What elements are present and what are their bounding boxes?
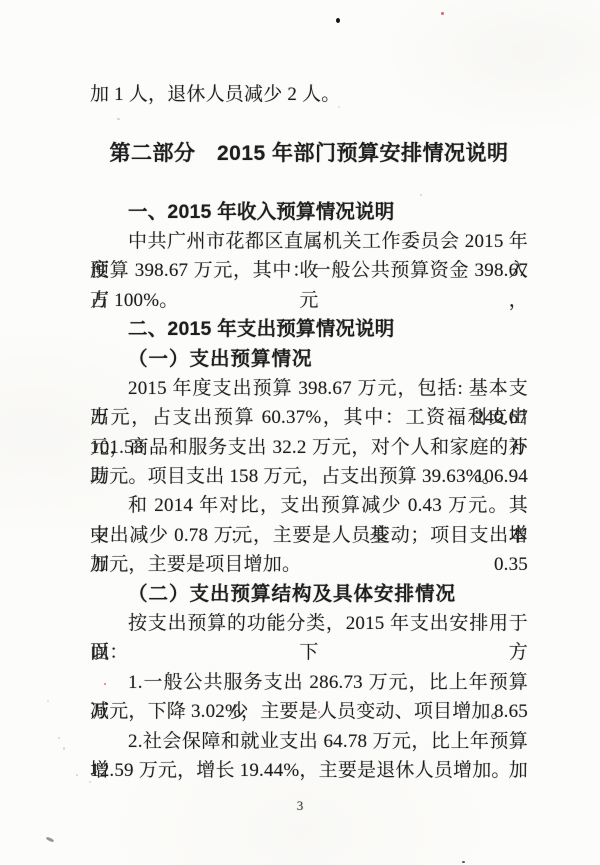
body-line: 万元，下降 3.02%，主要是人员变动、项目增加。	[90, 697, 528, 726]
continuation-line: 加 1 人，退休人员减少 2 人。	[90, 80, 528, 109]
body-line: 12.59 万元，增长 19.44%，主要是退休人员增加。	[90, 756, 528, 785]
scan-speck	[441, 12, 444, 15]
scan-speck	[89, 781, 91, 783]
pencil-smudge-artifact	[46, 836, 55, 842]
scan-speck	[58, 737, 60, 739]
scan-speck	[338, 106, 340, 108]
section-heading: 第二部分 2015 年部门预算安排情况说明	[90, 139, 528, 168]
body-line: 2015 年度支出预算 398.67 万元，包括: 基本支出 240.67	[90, 374, 528, 403]
scan-speck	[63, 747, 65, 750]
body-line: 万元，占支出预算 60.37%，其中：工资福利支出 101.53 万	[90, 403, 528, 432]
body-line: 按支出预算的功能分类，2015 年支出安排用于以下方	[90, 609, 528, 638]
blank-line	[90, 109, 528, 138]
body-line: 2.社会保障和就业支出 64.78 万元，比上年预算增加	[90, 727, 528, 756]
ink-dot-artifact	[462, 861, 465, 863]
page-number: 3	[0, 798, 600, 814]
body-line: 支出减少 0.78 万元，主要是人员变动；项目支出增加 0.35	[90, 521, 528, 550]
subsection-heading-expense: 二、2015 年支出预算情况说明	[90, 315, 528, 344]
scan-speck	[420, 194, 422, 196]
document-body: 加 1 人，退休人员减少 2 人。 第二部分 2015 年部门预算安排情况说明 …	[90, 80, 528, 785]
body-line: 万元。项目支出 158 万元，占支出预算 39.63%。	[90, 462, 528, 491]
subsection-heading-income: 一、2015 年收入预算情况说明	[90, 198, 528, 227]
body-line: 中共广州市花都区直属机关工作委员会 2015 年度收入	[90, 227, 528, 256]
blank-line	[90, 168, 528, 197]
scan-speck	[318, 711, 320, 713]
scan-speck	[117, 118, 120, 120]
scanned-document-page: 加 1 人，退休人员减少 2 人。 第二部分 2015 年部门预算安排情况说明 …	[0, 0, 600, 865]
scan-speck	[76, 774, 78, 776]
body-line: 元，商品和服务支出 32.2 万元，对个人和家庭的补助 106.94	[90, 433, 528, 462]
subsection-heading-structure: （二）支出预算结构及具体安排情况	[90, 580, 528, 609]
body-line: 预算 398.67 万元，其中：一般公共预算资金 398.67 万元，	[90, 256, 528, 285]
ink-dot-artifact	[336, 18, 340, 23]
body-line: 1.一般公共服务支出 286.73 万元，比上年预算减少 8.65	[90, 668, 528, 697]
scan-speck	[104, 683, 106, 685]
body-line: 和 2014 年对比，支出预算减少 0.43 万元。其中：基本	[90, 491, 528, 520]
scan-speck	[47, 700, 49, 702]
subsection-heading-expense-overview: （一）支出预算情况	[90, 345, 528, 374]
